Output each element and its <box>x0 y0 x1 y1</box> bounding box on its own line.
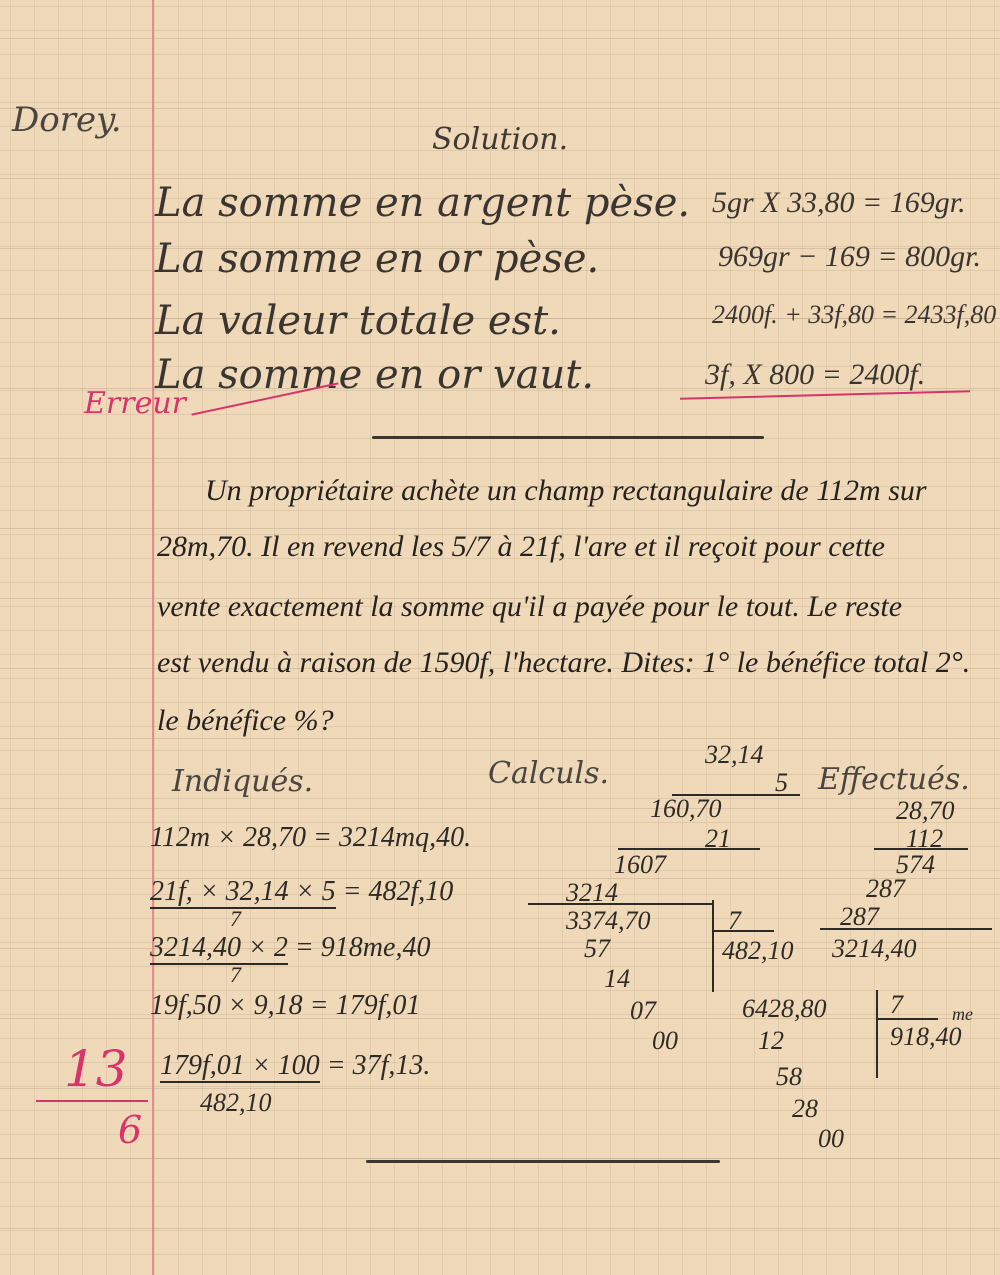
problem-line-3: vente exactement la somme qu'il a payée … <box>157 590 902 624</box>
problem-line-4: est vendu à raison de 1590f, l'hectare. … <box>157 646 970 680</box>
section-divider-top <box>372 436 764 439</box>
eq5-result: = 37f,13. <box>327 1050 431 1081</box>
eff-mult-4: 287 <box>866 874 905 904</box>
grade-fraction-bar <box>36 1100 148 1102</box>
division-1-dividend: 3374,70 <box>566 906 651 936</box>
indiques-eq-1: 112m × 28,70 = 3214mq,40. <box>150 822 471 854</box>
margin-line <box>152 0 154 1275</box>
division-1-step-3: 07 <box>630 996 656 1026</box>
division-2-dividend: 6428,80 <box>742 994 827 1024</box>
division-2-divisor: 7 <box>890 990 903 1020</box>
column-title-calculs: Calculs. <box>488 756 609 791</box>
division-1-step-4: 00 <box>652 1026 678 1056</box>
indiques-eq-2: 21f, × 32,14 × 5 = 482f,10 <box>150 876 453 908</box>
student-name: Dorey. <box>12 100 122 140</box>
correction-mark: Erreur <box>84 386 186 421</box>
division-2-step-1: 12 <box>758 1026 784 1056</box>
column-title-indiques: Indiqués. <box>172 764 313 799</box>
solution-calc-2: 969gr − 169 = 800gr. <box>718 240 981 274</box>
eq3-result: = 918me,40 <box>295 932 431 963</box>
solution-line-1: La somme en argent pèse. <box>155 180 690 226</box>
division-2-step-3: 28 <box>792 1094 818 1124</box>
eq3-numerator: 3214,40 × 2 <box>150 932 288 965</box>
eq2-numerator: 21f, × 32,14 × 5 <box>150 876 336 909</box>
problem-line-1: Un propriétaire achète un champ rectangu… <box>205 474 927 508</box>
eq2-result: = 482f,10 <box>343 876 454 907</box>
solution-calc-3: 2400f. + 33f,80 = 2433f,80 <box>712 300 996 330</box>
division-1-quotient: 482,10 <box>722 936 794 966</box>
eq2-denominator: 7 <box>230 906 241 932</box>
solution-calc-1: 5gr X 33,80 = 169gr. <box>712 186 966 220</box>
calc-mult-1: 32,14 <box>705 740 764 770</box>
division-2-step-4: 00 <box>818 1124 844 1154</box>
eq3-denominator: 7 <box>230 962 241 988</box>
division-2-quotient: 918,40 <box>890 1022 962 1052</box>
calc-mult-3: 160,70 <box>650 794 722 824</box>
division-1-step-1: 57 <box>584 934 610 964</box>
division-2-bar <box>876 990 878 1078</box>
solution-calc-4: 3f, X 800 = 2400f. <box>705 358 925 392</box>
calc-mult-5: 1607 <box>614 850 666 880</box>
calc-rule-3 <box>528 903 713 905</box>
solution-line-3: La valeur totale est. <box>155 298 561 344</box>
indiques-eq-5: 179f,01 × 100 = 37f,13. <box>160 1050 430 1082</box>
section-divider-bottom <box>366 1160 720 1163</box>
grade-denominator: 6 <box>118 1108 142 1152</box>
solution-title: Solution. <box>432 122 568 157</box>
solution-line-4: La somme en or vaut. <box>155 352 594 398</box>
division-2-step-2: 58 <box>776 1062 802 1092</box>
grade-numerator: 13 <box>64 1040 128 1098</box>
eff-rule-2 <box>820 928 992 930</box>
problem-line-5: le bénéfice %? <box>157 704 334 738</box>
eq5-numerator: 179f,01 × 100 <box>160 1050 320 1083</box>
problem-line-2: 28m,70. Il en revend les 5/7 à 21f, l'ar… <box>157 530 885 564</box>
eff-mult-1: 28,70 <box>896 796 955 826</box>
division-1-bar <box>712 900 714 992</box>
division-1-step-2: 14 <box>604 964 630 994</box>
solution-line-2: La somme en or pèse. <box>155 236 599 282</box>
eq5-denominator: 482,10 <box>200 1088 272 1118</box>
eff-mult-6: 3214,40 <box>832 934 917 964</box>
indiques-eq-3: 3214,40 × 2 = 918me,40 <box>150 932 430 964</box>
indiques-eq-4: 19f,50 × 9,18 = 179f,01 <box>150 990 420 1022</box>
division-1-rule <box>714 930 774 932</box>
column-title-effectues: Effectués. <box>818 762 970 797</box>
division-2-rule <box>878 1018 938 1020</box>
